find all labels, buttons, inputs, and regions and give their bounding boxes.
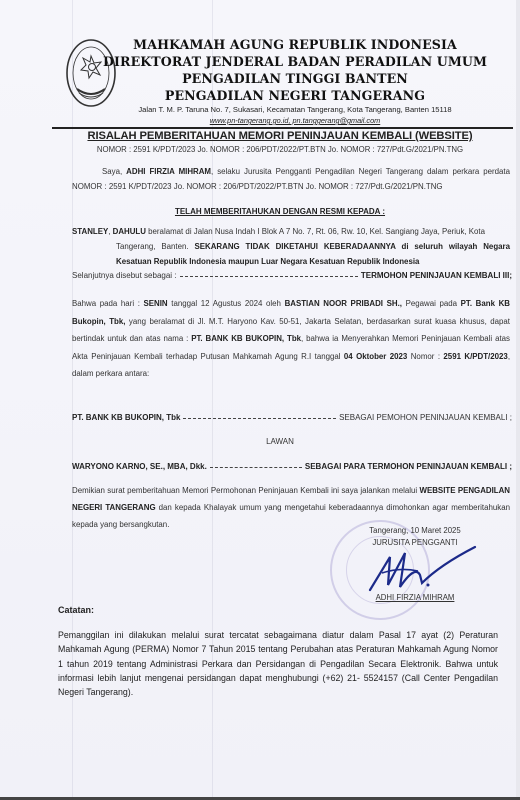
letterhead-line-2: DIREKTORAT JENDERAL BADAN PERADILAN UMUM bbox=[95, 53, 495, 71]
section-heading: TELAH MEMBERITAHUKAN DENGAN RESMI KEPADA… bbox=[40, 207, 520, 216]
handwritten-signature-icon bbox=[360, 545, 480, 595]
letterhead-line-1: MAHKAMAH AGUNG REPUBLIK INDONESIA bbox=[95, 36, 495, 54]
paragraph-intro: Saya, ADHI FIRZIA MIHRAM, selaku Jurusit… bbox=[72, 165, 510, 195]
party-termohon: WARYONO KARNO, SE., MBA, Dkk. SEBAGAI PA… bbox=[72, 462, 512, 471]
decision-date: 04 Oktober 2023 bbox=[344, 352, 407, 361]
letterhead-line-4: PENGADILAN NEGERI TANGERANG bbox=[95, 87, 495, 105]
decision-number: 2591 K/PDT/2023 bbox=[443, 352, 507, 361]
letterhead-divider bbox=[52, 127, 513, 129]
case-number-line: NOMOR : 2591 K/PDT/2023 Jo. NOMOR : 206/… bbox=[40, 145, 520, 154]
bailiff-name: ADHI FIRZIA MIHRAM bbox=[126, 167, 211, 176]
signatory-name: ADHI FIRZIA MIHRAM bbox=[340, 593, 490, 602]
recipient-name: STANLEY bbox=[72, 227, 108, 236]
letterhead-line-3: PENGADILAN TINGGI BANTEN bbox=[95, 70, 495, 88]
officer-name: BASTIAN NOOR PRIBADI SH., bbox=[285, 299, 402, 308]
paragraph-delivery: Bahwa pada hari : SENIN tanggal 12 Agust… bbox=[72, 295, 510, 383]
notes-body: Pemanggilan ini dilakukan melalui surat … bbox=[58, 628, 498, 699]
scanned-document-page: MAHKAMAH AGUNG REPUBLIK INDONESIA DIREKT… bbox=[0, 0, 516, 797]
dashed-leader bbox=[210, 467, 302, 468]
designation-role: TERMOHON PENINJAUAN KEMBALI III; bbox=[361, 271, 512, 280]
letterhead-web-link[interactable]: www.pn-tangerang.go.id, pn.tanggerang@gm… bbox=[95, 116, 495, 126]
dashed-leader bbox=[183, 418, 336, 419]
document-title: RISALAH PEMBERITAHUAN MEMORI PENINJAUAN … bbox=[40, 130, 520, 142]
notes-heading: Catatan: bbox=[58, 605, 94, 615]
signature-place-date: Tangerang, 10 Maret 2025 bbox=[340, 526, 490, 535]
letterhead-address: Jalan T. M. P. Taruna No. 7, Sukasari, K… bbox=[95, 104, 495, 116]
page-edge bbox=[516, 0, 520, 800]
versus-label: LAWAN bbox=[40, 437, 520, 446]
party-pemohon: PT. BANK KB BUKOPIN, Tbk SEBAGAI PEMOHON… bbox=[72, 413, 512, 422]
designation-line: Selanjutnya disebut sebagai : TERMOHON P… bbox=[72, 271, 512, 280]
paragraph-recipient: STANLEY, DAHULU beralamat di Jalan Nusa … bbox=[72, 225, 510, 269]
dashed-leader bbox=[180, 276, 358, 277]
